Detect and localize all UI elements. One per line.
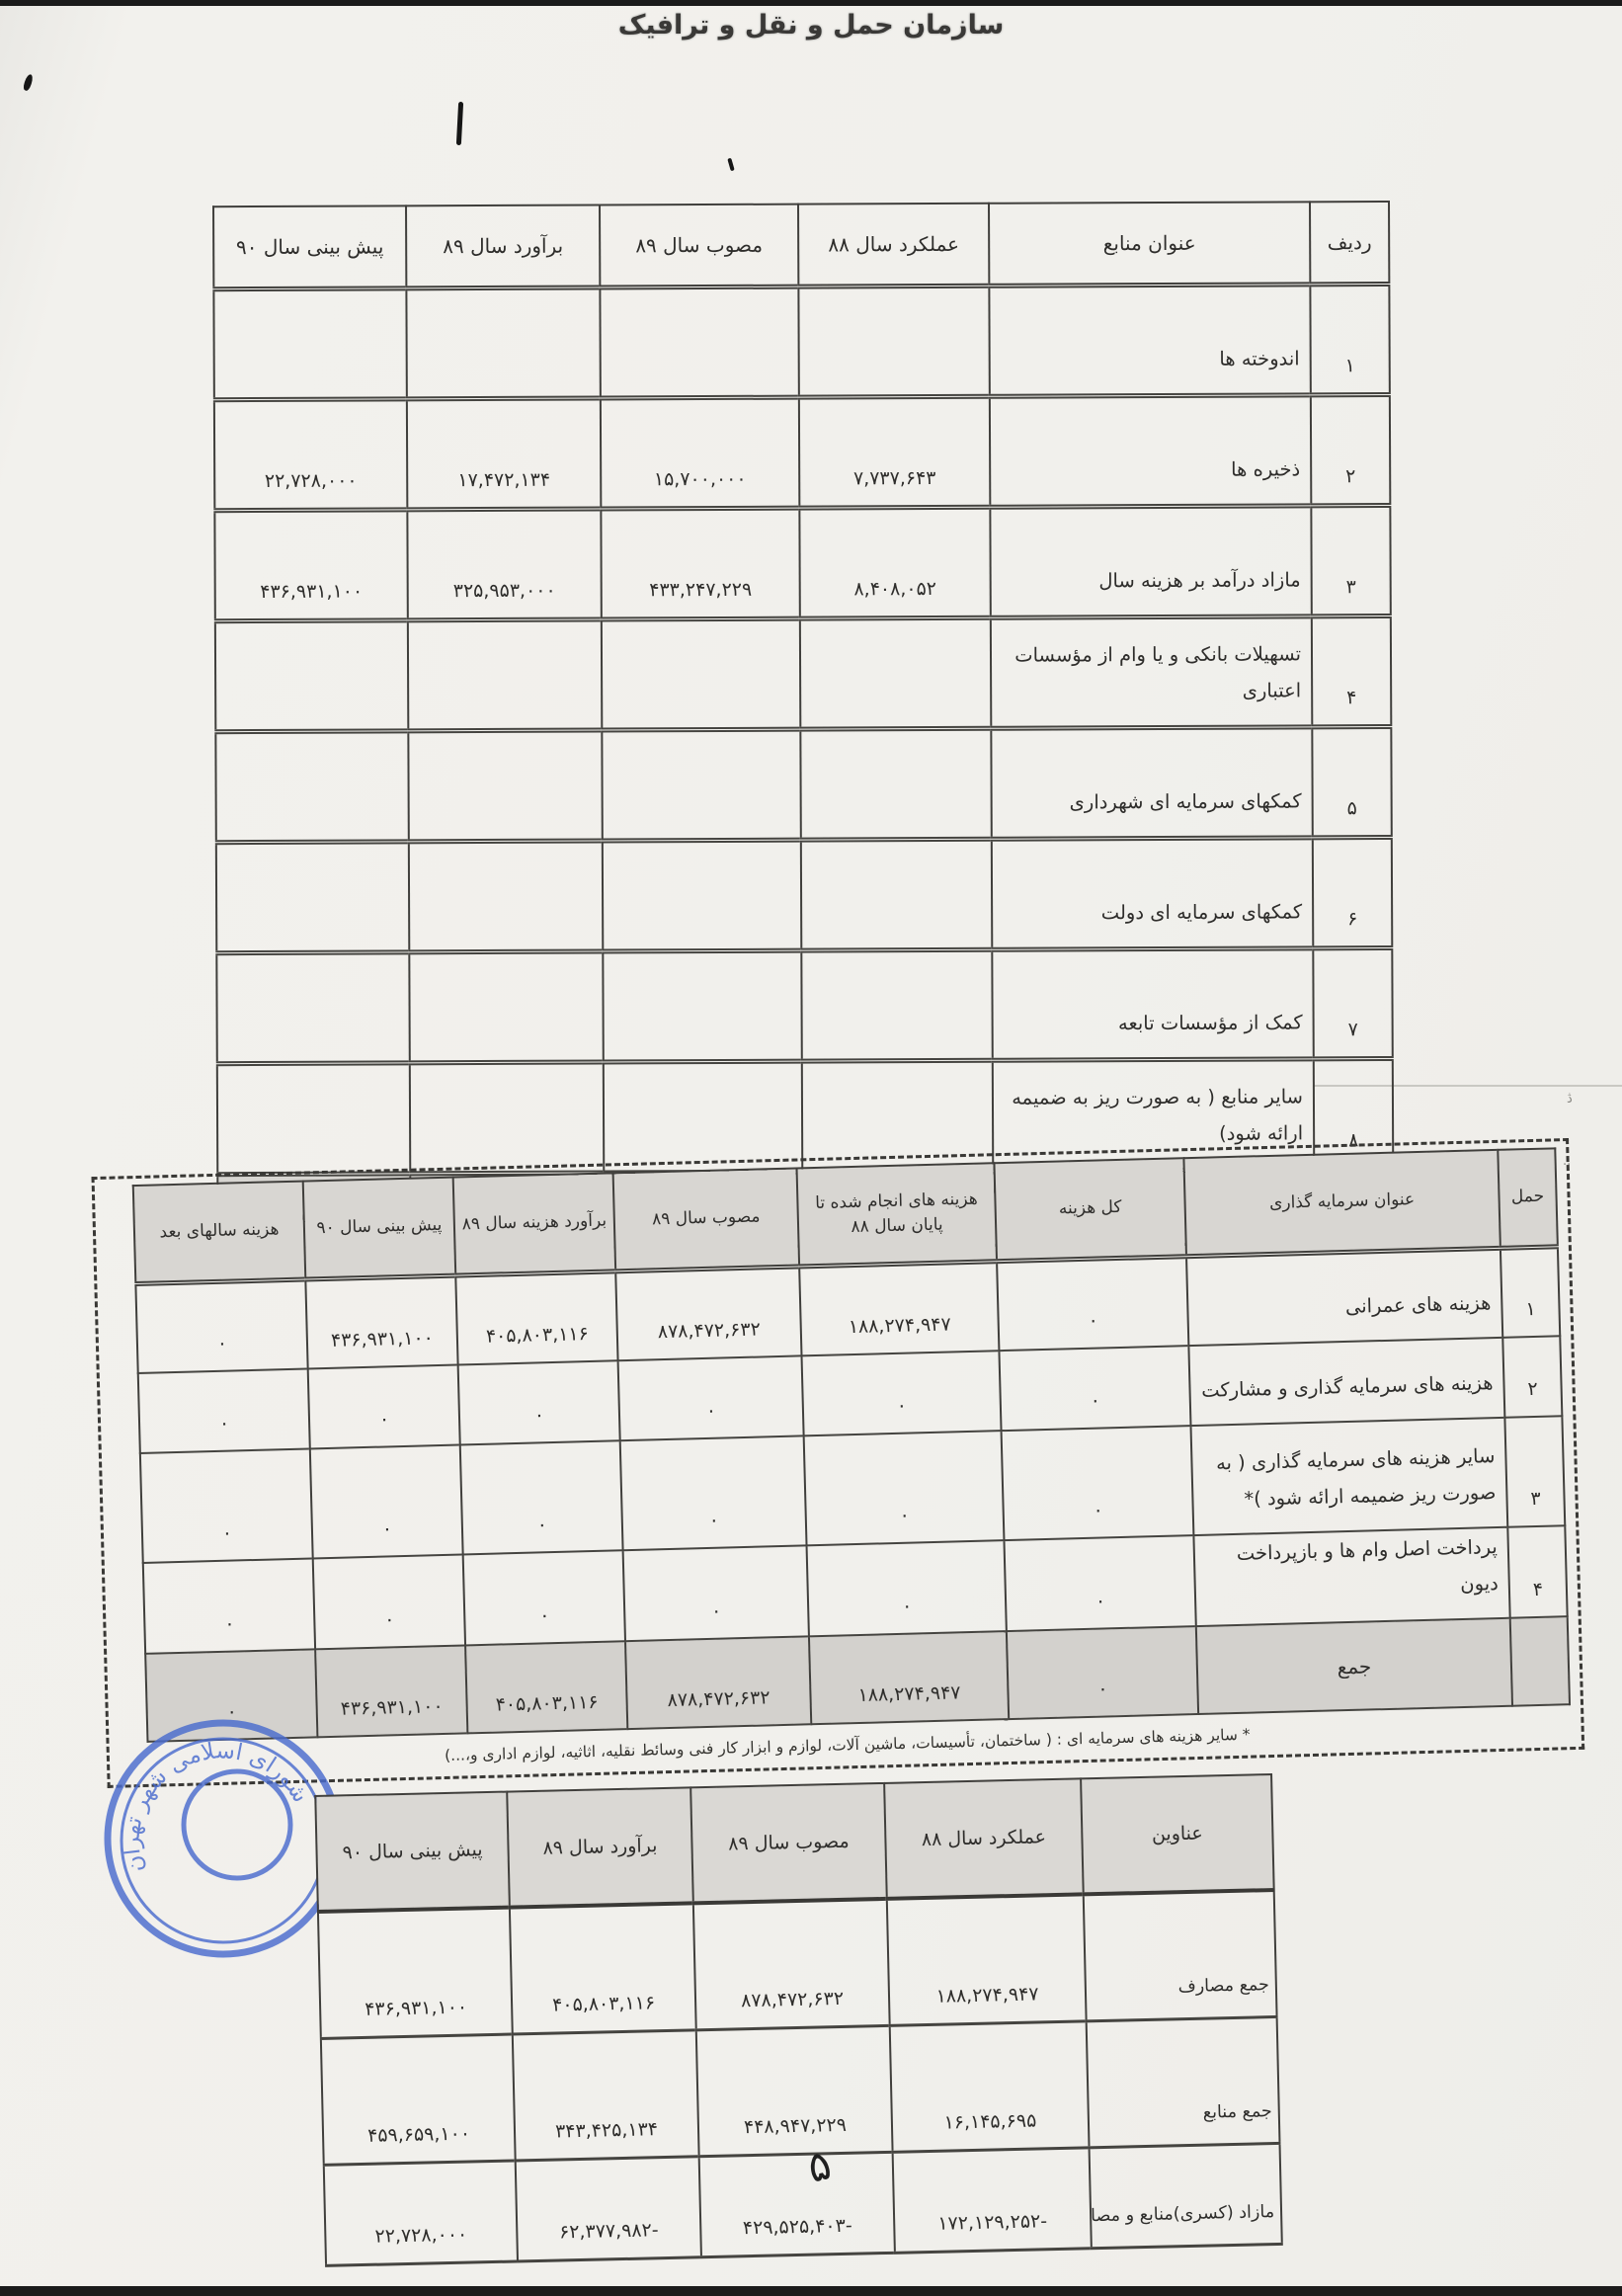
row-number: ۳ (1504, 1416, 1565, 1526)
value-cell: ۰ (135, 1279, 307, 1373)
row-title: سایر هزینه های سرمایه گذاری ( به صورت ری… (1190, 1418, 1507, 1535)
row-number: ۴ (1312, 616, 1391, 727)
value-cell (600, 287, 798, 398)
t3-header-appr89: مصوب سال ۸۹ (690, 1783, 887, 1903)
value-cell (217, 1063, 410, 1175)
row-title: کمکهای سرمایه ای دولت (992, 838, 1313, 949)
scan-edge-bottom (0, 2286, 1622, 2296)
value-cell (410, 1062, 604, 1174)
value-cell (215, 731, 408, 843)
row-title: تسهیلات بانکی و یا وام از مؤسسات اعتباری (991, 616, 1312, 728)
t2-header-later: هزینه سالهای بعد (133, 1182, 306, 1284)
value-cell: -۱۷۲,۱۲۹,۲۵۲ (893, 2148, 1092, 2253)
value-cell: ۴۴۸,۹۴۷,۲۲۹ (696, 2025, 893, 2156)
value-cell: ۴۰۵,۸۰۳,۱۱۶ (455, 1271, 617, 1365)
table-row: ۵ کمکهای سرمایه ای شهرداری (215, 726, 1391, 842)
row-title: پرداخت اصل وام ها و بازپرداخت دیون (1193, 1527, 1509, 1626)
row-title: جمع مصارف (1084, 1890, 1277, 2021)
value-cell: ۴۵۹,۶۵۹,۱۰۰ (321, 2034, 516, 2165)
value-cell: ۰ (623, 1545, 809, 1641)
resources-table: ردیف عنوان منابع عملکرد سال ۸۸ مصوب سال … (212, 201, 1395, 1250)
t1-header-radif: ردیف (1310, 202, 1389, 285)
value-cell (801, 839, 992, 950)
value-cell (604, 1061, 802, 1173)
row-number: ۵ (1312, 726, 1391, 837)
row-number: ۱ (1500, 1247, 1560, 1338)
value-cell (798, 286, 989, 397)
value-cell (602, 729, 800, 841)
row-number: ۲ (1311, 395, 1390, 506)
value-cell: ۱۷,۴۷۲,۱۳۴ (407, 398, 601, 510)
capital-table: حمل عنوان سرمایه گذاری کل هزینه هزینه ها… (132, 1147, 1571, 1743)
value-cell: -۶۲,۳۷۷,۹۸۲ (516, 2157, 701, 2261)
row-title: مازاد (کسری)منابع و مصارف (1090, 2143, 1282, 2248)
scan-artifact (23, 73, 35, 91)
value-cell: ۰ (313, 1554, 465, 1649)
table-row: ۱ اندوخته ها (213, 285, 1389, 400)
value-cell: ۰ (807, 1540, 1007, 1636)
summary-table: عناوین عملکرد سال ۸۸ مصوب سال ۸۹ برآورد … (314, 1773, 1283, 2267)
stamp-inner-ring (184, 1771, 290, 1878)
t2-header-done88: هزینه های انجام شده تا پایان سال ۸۸ (797, 1163, 998, 1267)
table-row: جمع مصارف ۱۸۸,۲۷۴,۹۴۷ ۸۷۸,۴۷۲,۶۳۲ ۴۰۵,۸۰… (318, 1890, 1277, 2038)
scan-edge-top (0, 0, 1622, 6)
value-cell: ۰ (802, 1351, 1002, 1435)
value-cell: ۴۳۳,۲۴۷,۲۲۹ (601, 508, 799, 619)
value-cell (408, 730, 602, 842)
t2-header-haml: حمل (1498, 1148, 1558, 1248)
t2-header-appr89: مصوب سال ۸۹ (613, 1168, 800, 1271)
empty-cell (1510, 1616, 1570, 1705)
value-cell: ۰ (997, 1257, 1188, 1351)
row-number: ۲ (1502, 1336, 1562, 1417)
row-title: کمکهای سرمایه ای شهرداری (991, 727, 1312, 839)
table-row: ۳ مازاد درآمد بر هزینه سال ۸,۴۰۸,۰۵۲ ۴۳۳… (214, 506, 1390, 621)
value-cell: ۰ (463, 1550, 625, 1645)
value-cell (801, 949, 992, 1061)
capital-table-frame: حمل عنوان سرمایه گذاری کل هزینه هزینه ها… (92, 1138, 1585, 1788)
t2-header-est89: برآورد هزینه سال ۸۹ (453, 1173, 616, 1275)
value-cell: ۱۸۸,۲۷۴,۹۴۷ (887, 1894, 1087, 2025)
table-row: ۶ کمکهای سرمایه ای دولت (216, 837, 1392, 952)
value-cell: ۸۷۸,۴۷۲,۶۳۲ (693, 1899, 890, 2030)
t3-header-est89: برآورد سال ۸۹ (507, 1787, 693, 1907)
table-row: مازاد (کسری)منابع و مصارف -۱۷۲,۱۲۹,۲۵۲ -… (324, 2143, 1282, 2265)
value-cell: ۰ (618, 1355, 804, 1440)
total-label: جمع (1196, 1618, 1512, 1714)
row-number: ۳ (1311, 506, 1390, 616)
row-title: ذخیره ها (990, 395, 1311, 507)
value-cell: ۰ (138, 1368, 310, 1452)
value-cell: ۰ (458, 1360, 620, 1444)
value-cell: ۴۰۵,۸۰۳,۱۱۶ (510, 1903, 696, 2034)
page-title: سازمان حمل و نقل و ترافیک (0, 10, 1622, 41)
row-title: جمع منابع (1087, 2016, 1280, 2147)
value-cell: ۰ (999, 1346, 1190, 1431)
value-cell: ۳۴۳,۴۲۵,۱۳۴ (513, 2030, 699, 2161)
value-cell (216, 952, 409, 1064)
t3-header-titles: عناوین (1081, 1774, 1274, 1894)
value-cell (409, 841, 603, 952)
value-cell: ۰ (310, 1444, 463, 1558)
table-row: ۴ تسهیلات بانکی و یا وام از مؤسسات اعتبا… (215, 616, 1391, 732)
t2-header-totalcost: کل هزینه (994, 1158, 1186, 1261)
value-cell: ۷,۷۳۷,۶۴۳ (799, 396, 990, 508)
value-cell (213, 288, 406, 400)
table-row: ۷ کمک از مؤسسات تابعه (216, 947, 1392, 1063)
value-cell (216, 842, 409, 953)
row-number: ۶ (1313, 837, 1392, 947)
council-stamp: شورای اسلامی شهر تهران (99, 1714, 348, 1963)
value-cell: ۰ (143, 1558, 315, 1654)
row-title: کمک از مؤسسات تابعه (992, 948, 1313, 1060)
t2-header-fore90: پیش بینی سال ۹۰ (303, 1178, 456, 1279)
value-cell: ۴۳۶,۹۳۱,۱۰۰ (214, 510, 407, 621)
value-cell: ۸,۴۰۸,۰۵۲ (799, 507, 990, 618)
total-value: ۴۰۵,۸۰۳,۱۱۶ (465, 1641, 627, 1733)
row-number: ۷ (1313, 947, 1392, 1058)
value-cell: ۰ (1004, 1535, 1195, 1631)
row-number: ۴ (1507, 1525, 1567, 1618)
t1-header-est89: برآورد سال ۸۹ (406, 205, 600, 287)
value-cell: ۰ (308, 1365, 460, 1449)
value-cell: ۱۸۸,۲۷۴,۹۴۷ (799, 1262, 999, 1356)
value-cell: ۰ (620, 1435, 807, 1550)
t3-header-fore90: پیش بینی سال ۹۰ (315, 1792, 510, 1912)
t3-header-perf88: عملکرد سال ۸۸ (884, 1778, 1084, 1898)
value-cell: ۸۷۸,۴۷۲,۶۳۲ (615, 1267, 801, 1360)
t1-header-perf88: عملکرد سال ۸۸ (798, 204, 989, 287)
value-cell (800, 728, 991, 840)
row-title: اندوخته ها (989, 285, 1310, 396)
value-cell: ۳۲۵,۹۵۳,۰۰۰ (407, 509, 601, 620)
value-cell (602, 618, 800, 730)
value-cell: ۲۲,۷۲۸,۰۰۰ (214, 399, 407, 511)
table-row: جمع منابع ۱۶,۱۴۵,۶۹۵ ۴۴۸,۹۴۷,۲۲۹ ۳۴۳,۴۲۵… (321, 2016, 1280, 2165)
value-cell (603, 950, 801, 1062)
total-value: ۰ (1007, 1626, 1198, 1719)
value-cell: ۱۶,۱۴۵,۶۹۵ (890, 2021, 1090, 2152)
value-cell: ۴۳۶,۹۳۱,۱۰۰ (318, 1908, 513, 2039)
handwritten-mark (456, 102, 463, 145)
value-cell: ۰ (1002, 1426, 1194, 1540)
value-cell: ۲۲,۷۲۸,۰۰۰ (324, 2161, 518, 2265)
row-title: هزینه های عمرانی (1186, 1248, 1502, 1346)
total-value: ۱۸۸,۲۷۴,۹۴۷ (809, 1631, 1009, 1724)
t2-header-title: عنوان سرمایه گذاری (1183, 1150, 1500, 1257)
t1-header-fore90: پیش بینی سال ۹۰ (213, 205, 406, 288)
total-value: ۸۷۸,۴۷۲,۶۳۲ (625, 1636, 811, 1729)
value-cell (800, 617, 991, 729)
value-cell (215, 620, 408, 732)
scan-artifact: ڎ (1567, 1092, 1573, 1107)
value-cell (406, 287, 600, 399)
table-header-row: ردیف عنوان منابع عملکرد سال ۸۸ مصوب سال … (213, 202, 1389, 289)
value-cell: ۰ (460, 1440, 623, 1554)
row-title: هزینه های سرمایه گذاری و مشارکت (1188, 1338, 1504, 1426)
value-cell: ۰ (140, 1448, 313, 1562)
row-title: مازاد درآمد بر هزینه سال (990, 506, 1311, 617)
t1-header-appr89: مصوب سال ۸۹ (600, 205, 798, 287)
value-cell: ۱۵,۷۰۰,۰۰۰ (601, 397, 799, 509)
row-number: ۱ (1310, 285, 1389, 395)
value-cell: -۴۲۹,۵۲۵,۴۰۳ (699, 2152, 895, 2256)
value-cell: ۴۳۶,۹۳۱,۱۰۰ (305, 1275, 457, 1368)
table-row: ۲ ذخیره ها ۷,۷۳۷,۶۴۳ ۱۵,۷۰۰,۰۰۰ ۱۷,۴۷۲,۱… (214, 395, 1390, 511)
scan-artifact (727, 158, 734, 172)
t1-header-title: عنوان منابع (989, 202, 1310, 286)
value-cell (409, 951, 603, 1063)
value-cell: ۰ (804, 1431, 1005, 1545)
table-header-row: عناوین عملکرد سال ۸۸ مصوب سال ۸۹ برآورد … (315, 1774, 1273, 1912)
value-cell (603, 840, 801, 951)
value-cell (408, 619, 602, 731)
